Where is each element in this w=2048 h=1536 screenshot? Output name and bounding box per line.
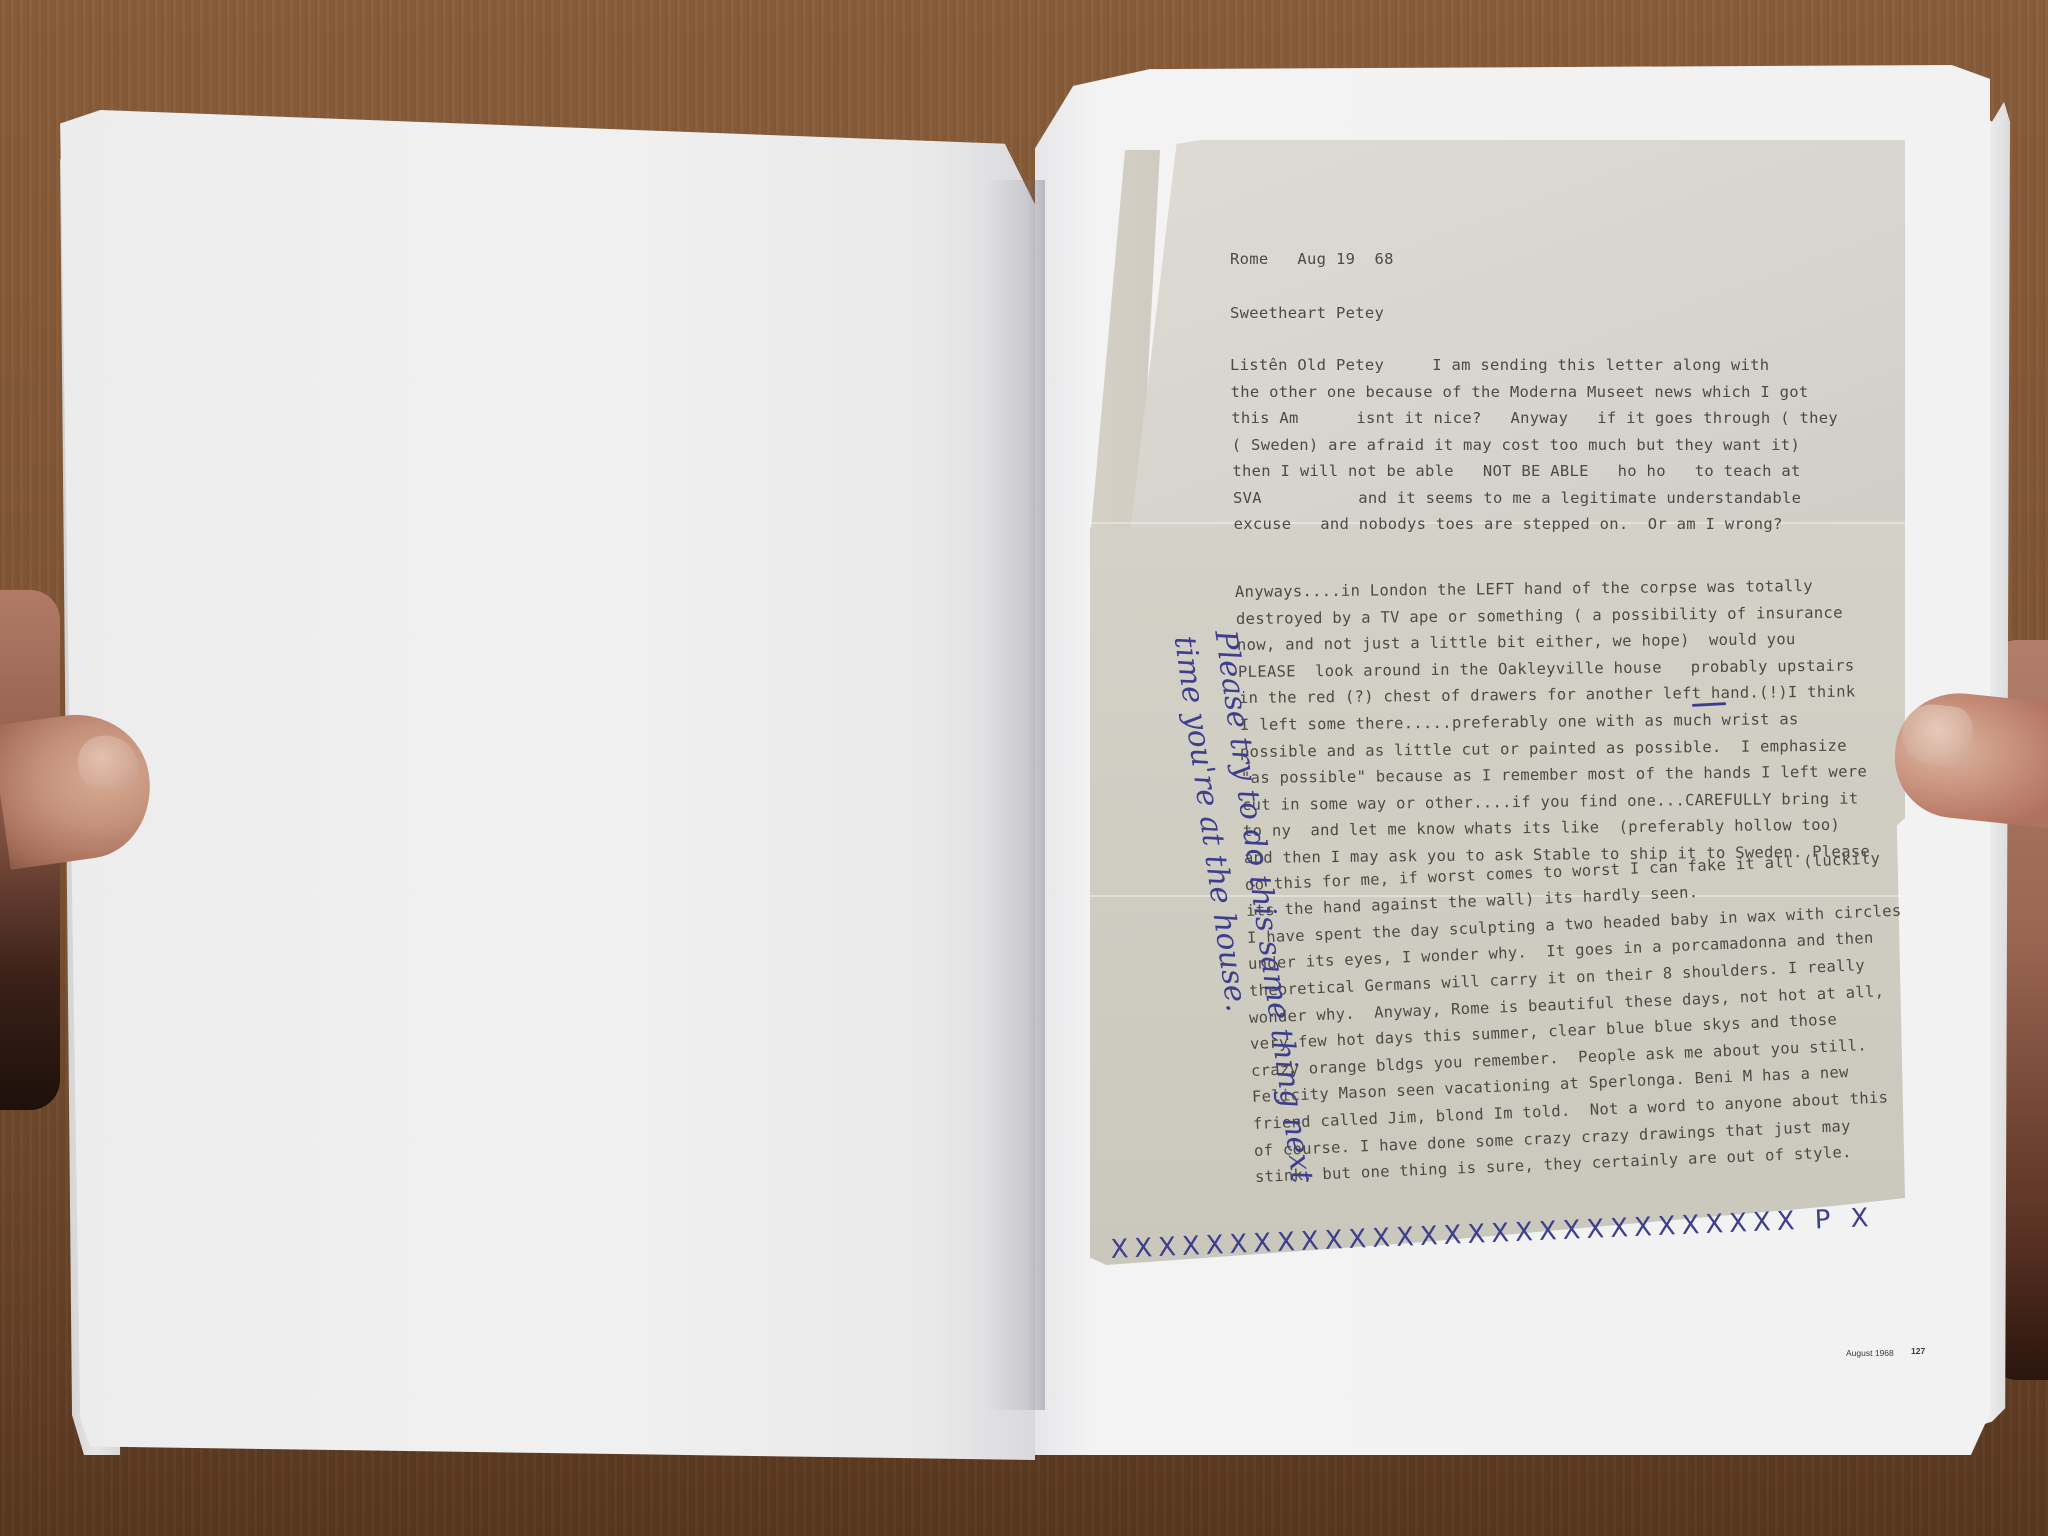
letter-line: ( Sweden) are afraid it may cost too muc…: [1232, 436, 1800, 454]
running-title: August 1968: [1846, 1348, 1894, 1358]
letter-line: this Am isnt it nice? Anyway if it goes …: [1231, 409, 1838, 427]
letter-line: destroyed by a TV ape or something ( a p…: [1236, 603, 1843, 627]
letter-line: I left some there.....preferably one wit…: [1239, 710, 1798, 734]
letter-line: "as possible" because as I remember most…: [1241, 763, 1867, 788]
letter-line: to ny and let me know whats its like (pr…: [1243, 816, 1840, 840]
letter-line: Listên Old Petey I am sending this lette…: [1230, 356, 1769, 374]
page-number: 127: [1911, 1346, 1925, 1356]
letter-line: PLEASE look around in the Oakleyville ho…: [1238, 656, 1855, 680]
letter-reproduction: Rome Aug 19 68 Sweetheart Petey Listên O…: [1090, 140, 1905, 1265]
letter-line: excuse and nobodys toes are stepped on. …: [1234, 515, 1783, 533]
left-page[interactable]: [30, 110, 1035, 1460]
letter-line: in the red (?) chest of drawers for anot…: [1238, 683, 1855, 707]
letter-place-date: Rome Aug 19 68: [1230, 250, 1394, 268]
letter-salutation: Sweetheart Petey: [1230, 304, 1384, 322]
book-gutter: [985, 180, 1045, 1410]
letter-line: then I will not be able NOT BE ABLE ho h…: [1232, 462, 1800, 480]
letter-line: SVA and it seems to me a legitimate unde…: [1233, 489, 1801, 507]
letter-line: cut in some way or other....if you find …: [1242, 789, 1859, 813]
letter-line: possible and as little cut or painted as…: [1240, 736, 1847, 760]
letter-line: Anyways....in London the LEFT hand of th…: [1235, 577, 1813, 601]
letter-line: now, and not just a little bit either, w…: [1237, 630, 1796, 654]
letter-line: the other one because of the Moderna Mus…: [1231, 383, 1809, 401]
